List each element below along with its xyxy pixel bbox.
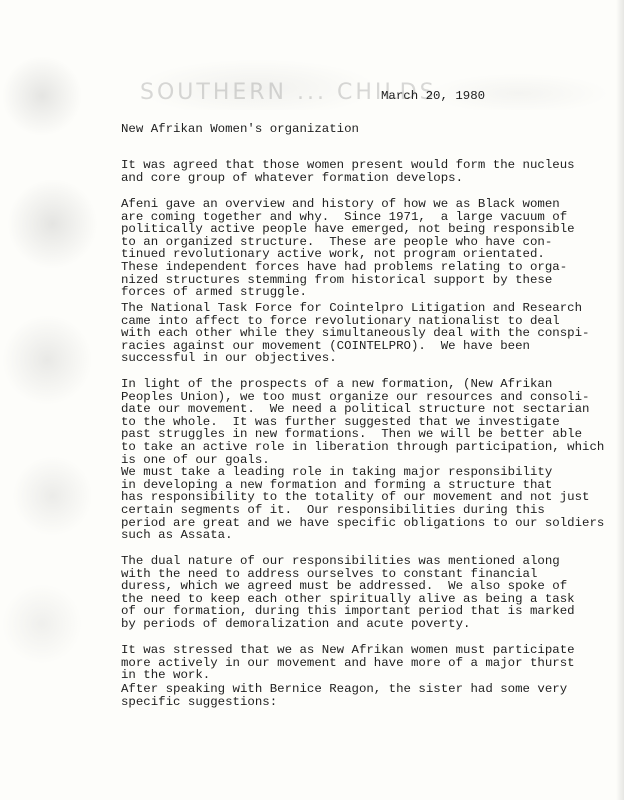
text-line: such as Assata. bbox=[121, 529, 604, 542]
text-line: forces of armed struggle. bbox=[121, 286, 575, 299]
text-line: We must take a leading role in taking ma… bbox=[121, 466, 604, 479]
text-line: After speaking with Bernice Reagon, the … bbox=[121, 683, 567, 696]
text-line: The National Task Force for Cointelpro L… bbox=[121, 302, 589, 315]
text-line: to take an active role in liberation thr… bbox=[121, 441, 604, 454]
paragraph-5: The dual nature of our responsibilities … bbox=[121, 555, 575, 631]
text-line: successful in our objectives. bbox=[121, 352, 589, 365]
text-line: politically active people have emerged, … bbox=[121, 223, 575, 236]
text-line: specific suggestions: bbox=[121, 696, 567, 709]
page-edge-shadow bbox=[616, 0, 624, 800]
text-line: with each other while they simultaneousl… bbox=[121, 327, 589, 340]
paragraph-3: The National Task Force for Cointelpro L… bbox=[121, 302, 589, 365]
text-line: It was stressed that we as New Afrikan w… bbox=[121, 644, 575, 657]
text-line: Afeni gave an overview and history of ho… bbox=[121, 198, 575, 211]
text-line: in the work. bbox=[121, 669, 575, 682]
paragraph-6: It was stressed that we as New Afrikan w… bbox=[121, 644, 575, 682]
document-page: SOUTHERN ... CHILDS March 20, 1980 New A… bbox=[0, 0, 624, 800]
scan-noise-left-margin bbox=[0, 0, 105, 800]
text-line: and core group of whatever formation dev… bbox=[121, 172, 575, 185]
text-line: by periods of demoralization and acute p… bbox=[121, 618, 575, 631]
paragraph-1: It was agreed that those women present w… bbox=[121, 159, 575, 184]
text-line: In light of the prospects of a new forma… bbox=[121, 378, 604, 391]
text-line: These independent forces have had proble… bbox=[121, 261, 575, 274]
paragraph-2: Afeni gave an overview and history of ho… bbox=[121, 198, 575, 299]
text-line: It was agreed that those women present w… bbox=[121, 159, 575, 172]
text-line: duress, which we agreed must be addresse… bbox=[121, 580, 575, 593]
document-subject: New Afrikan Women's organization bbox=[121, 122, 359, 136]
text-line: The dual nature of our responsibilities … bbox=[121, 555, 575, 568]
text-line: certain segments of it. Our responsibili… bbox=[121, 504, 604, 517]
paragraph-7: After speaking with Bernice Reagon, the … bbox=[121, 683, 567, 708]
document-date: March 20, 1980 bbox=[381, 89, 485, 103]
text-line: date our movement. We need a political s… bbox=[121, 403, 604, 416]
paragraph-4: In light of the prospects of a new forma… bbox=[121, 378, 604, 542]
